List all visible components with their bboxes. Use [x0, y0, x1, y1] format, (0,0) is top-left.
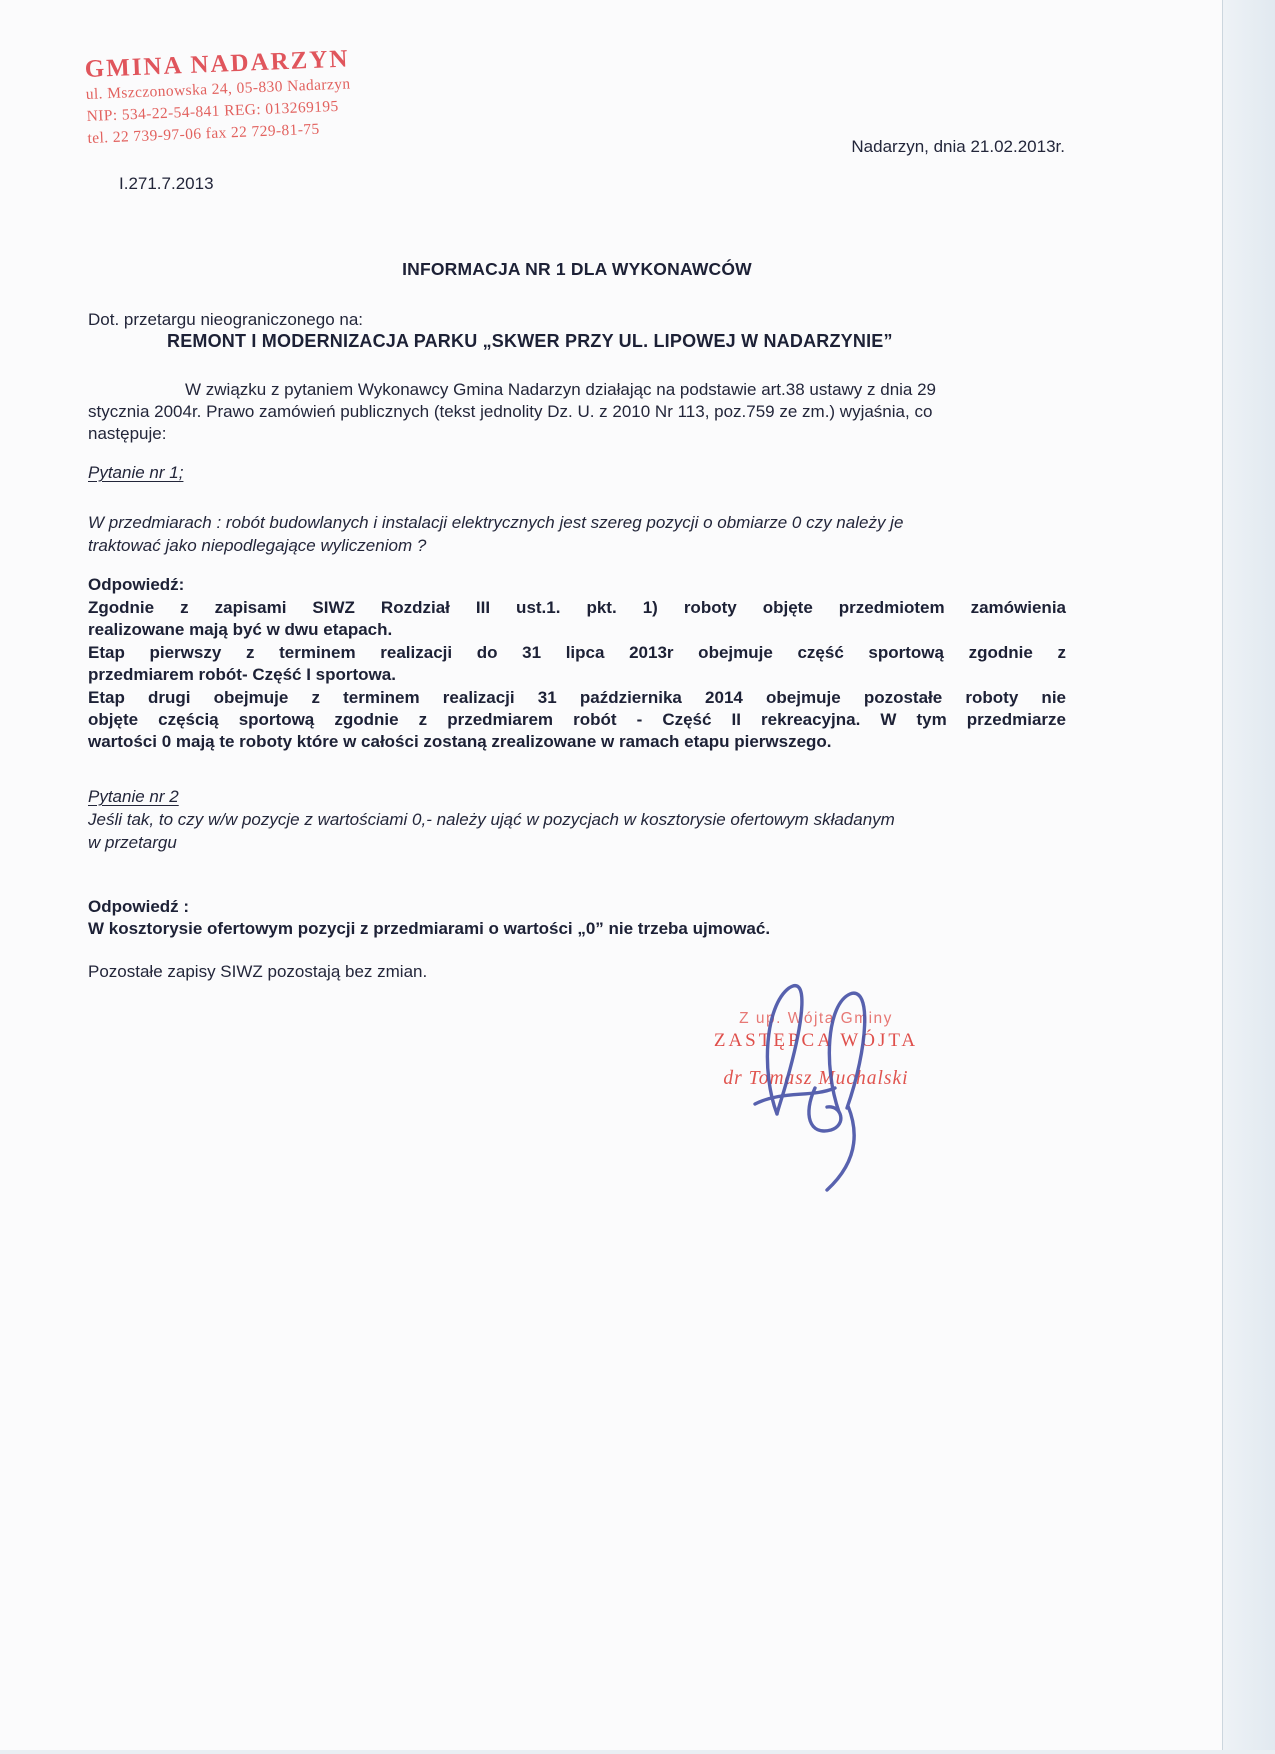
- question2-text: Jeśli tak, to czy w/w pozycje z wartości…: [88, 809, 1070, 854]
- question1-text: W przedmiarach : robót budowlanych i ins…: [88, 512, 1070, 557]
- question1-line: traktować jako niepodlegające wyliczenio…: [88, 535, 1070, 558]
- question2-label: Pytanie nr 2: [88, 787, 179, 807]
- answer1-line: realizowane mają być w dwu etapach.: [88, 619, 1066, 641]
- subject-label: Dot. przetargu nieograniczonego na:: [88, 310, 363, 330]
- question2-line: Jeśli tak, to czy w/w pozycje z wartości…: [88, 809, 1070, 832]
- answer1-line: Etap pierwszy z terminem realizacji do 3…: [88, 642, 1066, 664]
- intro-line: W związku z pytaniem Wykonawcy Gmina Nad…: [88, 379, 1066, 401]
- scanned-document-page: GMINA NADARZYN ul. Mszczonowska 24, 05-8…: [0, 0, 1275, 1754]
- answer1-line: przedmiarem robót- Część I sportowa.: [88, 664, 1066, 686]
- answer2-text: W kosztorysie ofertowym pozycji z przedm…: [88, 919, 1066, 939]
- document-title: INFORMACJA NR 1 DLA WYKONAWCÓW: [88, 259, 1066, 280]
- scan-edge-bottom: [0, 1750, 1275, 1754]
- answer1-line: wartości 0 mają te roboty które w całośc…: [88, 731, 1066, 753]
- closing-line: Pozostałe zapisy SIWZ pozostają bez zmia…: [88, 962, 427, 982]
- question1-label: Pytanie nr 1;: [88, 463, 183, 483]
- date-line: Nadarzyn, dnia 21.02.2013r.: [688, 137, 1065, 157]
- answer1-line: objęte częścią sportową zgodnie z przedm…: [88, 709, 1066, 731]
- question1-line: W przedmiarach : robót budowlanych i ins…: [88, 512, 1070, 535]
- sender-stamp: GMINA NADARZYN ul. Mszczonowska 24, 05-8…: [84, 45, 352, 150]
- question2-line: w przetargu: [88, 832, 1070, 855]
- reference-number: I.271.7.2013: [119, 174, 214, 194]
- intro-line: stycznia 2004r. Prawo zamówień publiczny…: [88, 401, 1066, 423]
- intro-paragraph: W związku z pytaniem Wykonawcy Gmina Nad…: [88, 379, 1066, 445]
- answer1-line: Zgodnie z zapisami SIWZ Rozdział III ust…: [88, 597, 1066, 619]
- handwritten-signature-icon: [715, 963, 915, 1195]
- answer1-text: Zgodnie z zapisami SIWZ Rozdział III ust…: [88, 597, 1066, 754]
- answer1-label: Odpowiedź:: [88, 575, 184, 595]
- answer1-line: Etap drugi obejmuje z terminem realizacj…: [88, 687, 1066, 709]
- intro-line: następuje:: [88, 423, 1066, 445]
- answer2-label: Odpowiedź :: [88, 897, 189, 917]
- subject-name: REMONT I MODERNIZACJA PARKU „SKWER PRZY …: [167, 331, 1087, 352]
- scan-edge-right: [1222, 0, 1275, 1754]
